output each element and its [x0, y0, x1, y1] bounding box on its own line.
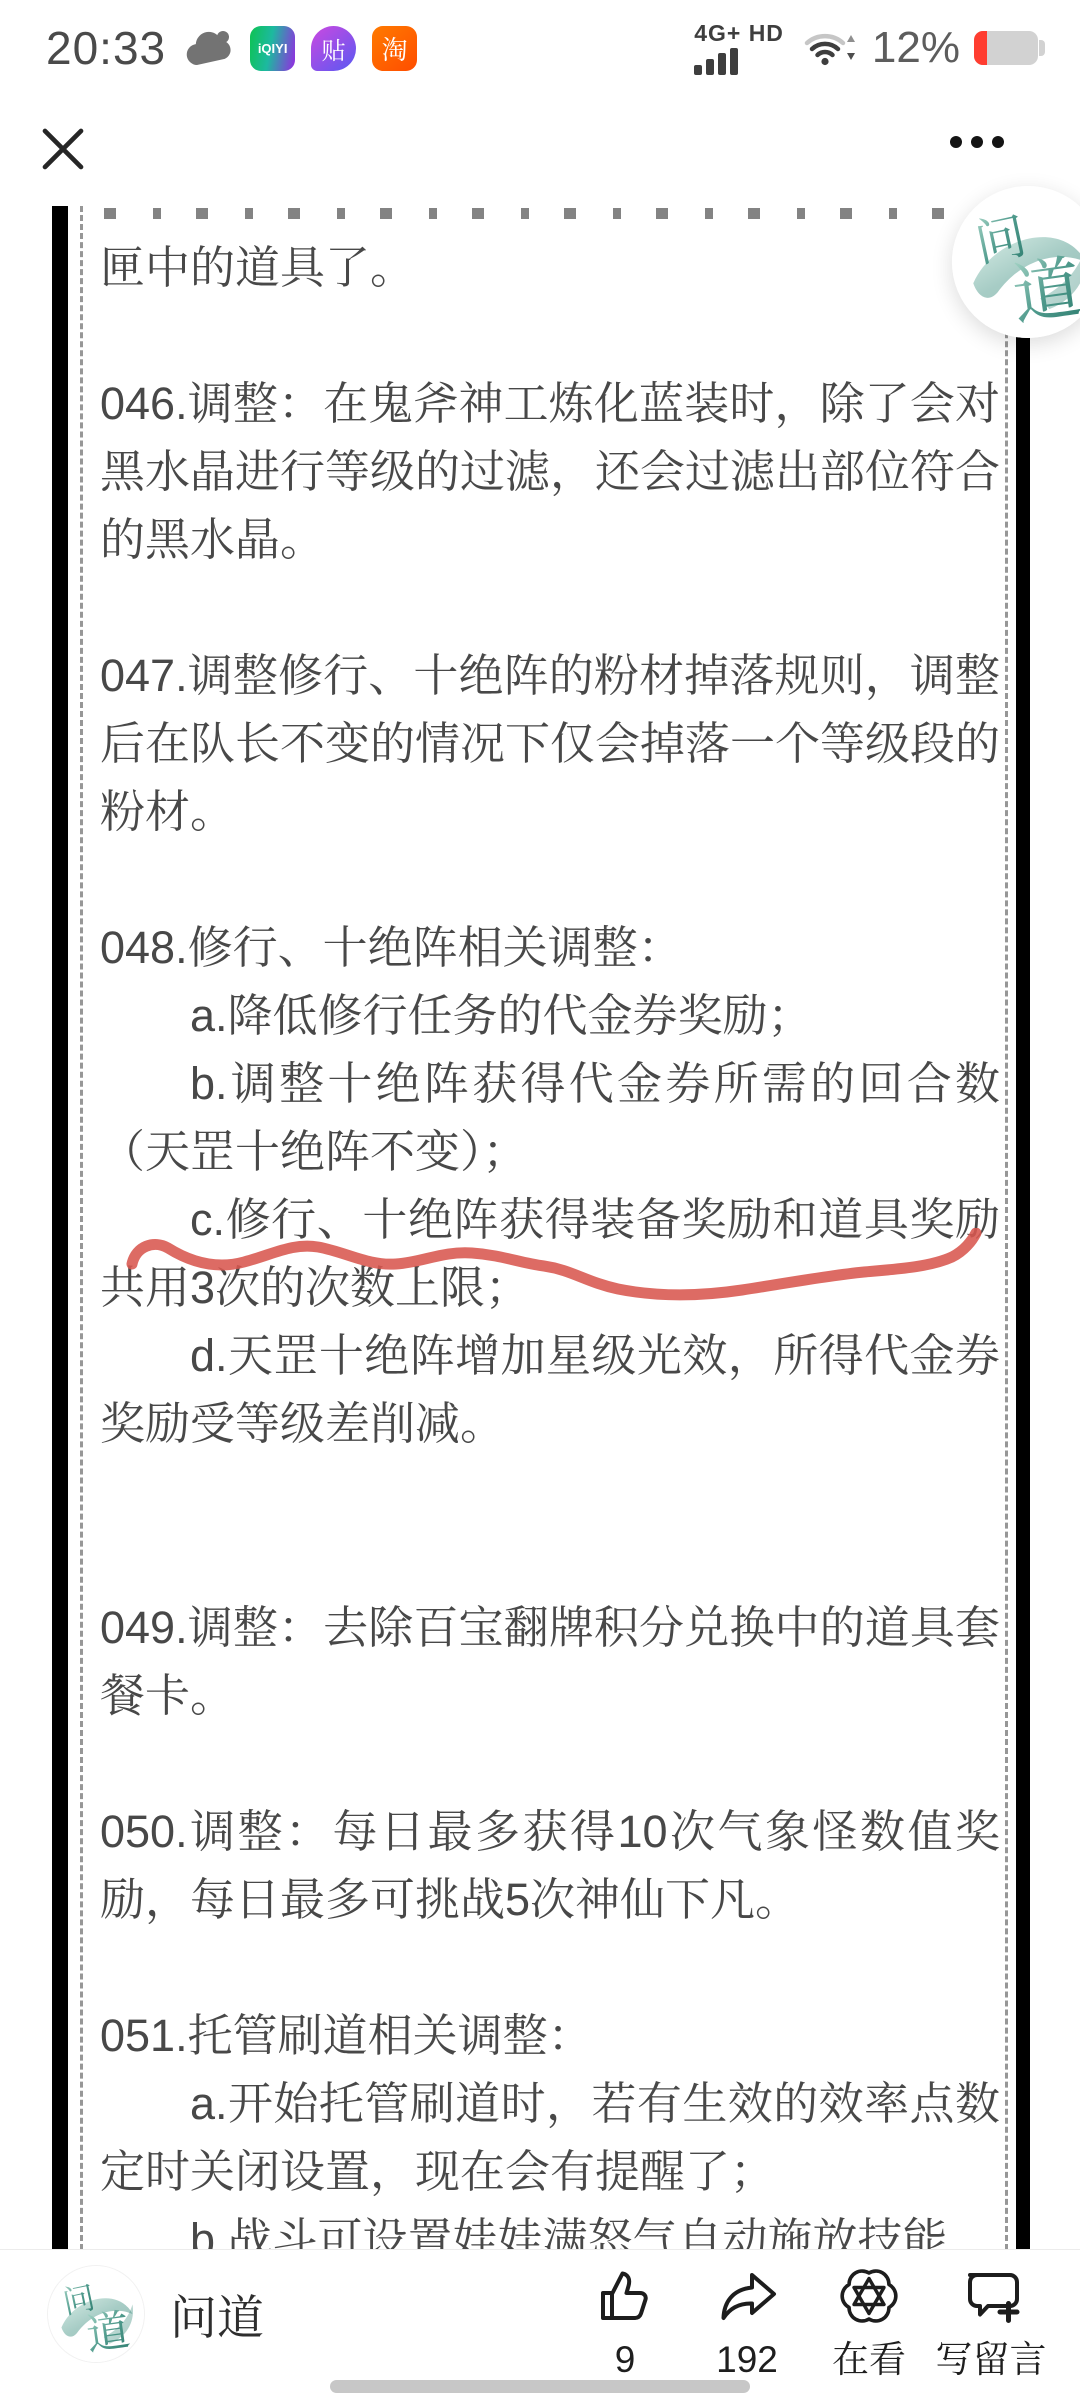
article-line: b.调整十绝阵获得代金券所需的回合数 [100, 1050, 1000, 1118]
article-paragraph: 匣中的道具了。 [100, 234, 1000, 302]
article-line: 餐卡。 [100, 1662, 1000, 1730]
wendao-calligraphy-logo: 问 道 [48, 2266, 144, 2362]
article-paragraph: 051.托管刷道相关调整：a.开始托管刷道时，若有生效的效率点数定时关闭设置，现… [100, 2002, 1000, 2250]
article-line: 051.托管刷道相关调整： [100, 2002, 1000, 2070]
article-line: a.降低修行任务的代金券奖励； [100, 982, 1000, 1050]
actions-group: 9192 在看 写留言 [564, 2250, 1052, 2380]
status-right: 4G+ HD 12% [694, 21, 1046, 75]
network-indicator: 4G+ HD [694, 21, 784, 75]
wow-flower-icon [837, 2264, 901, 2328]
account-entry[interactable]: 问 道 问道 [48, 2266, 264, 2362]
article-paragraph: 049.调整：去除百宝翻牌积分兑换中的道具套餐卡。 [100, 1594, 1000, 1730]
phone-screen: 20:33 iQIYI 贴 淘 4G+ HD [0, 0, 1080, 2400]
thumbs-up-icon [593, 2264, 657, 2328]
article-line: 048.修行、十绝阵相关调整： [100, 914, 1000, 982]
svg-text:道: 道 [1008, 249, 1080, 334]
article-line: 后在队长不变的情况下仅会掉落一个等级段的 [100, 710, 1000, 778]
wendao-calligraphy-logo: 问 道 [952, 186, 1080, 338]
article-line: 奖励受等级差削减。 [100, 1390, 1000, 1458]
article-right-dashed-border [1005, 206, 1008, 2250]
bottom-action-bar: 问 道 问道 9192 在看 写留言 [0, 2249, 1080, 2400]
article-line: 047.调整修行、十绝阵的粉材掉落规则，调整 [100, 642, 1000, 710]
nav-bar [0, 96, 1080, 206]
close-icon[interactable] [36, 122, 90, 176]
article-line: 050.调整：每日最多获得10次气象怪数值奖 [100, 1798, 1000, 1866]
action-share-arrow[interactable]: 192 [686, 2250, 808, 2380]
article-left-dashed-border [80, 206, 83, 2250]
clock: 20:33 [46, 21, 166, 75]
taobao-app-icon: 淘 [372, 26, 417, 71]
more-icon[interactable] [950, 136, 1004, 148]
svg-text:道: 道 [83, 2306, 132, 2360]
article-line: c.修行、十绝阵获得装备奖励和道具奖励 [100, 1186, 1000, 1254]
article-line: 046.调整：在鬼斧神工炼化蓝装时，除了会对 [100, 370, 1000, 438]
action-label: 192 [716, 2340, 778, 2380]
wifi-icon [802, 29, 858, 67]
article-line: a.开始托管刷道时，若有生效的效率点数 [100, 2070, 1000, 2138]
action-comment-plus[interactable]: 写留言 [930, 2250, 1052, 2380]
account-name: 问道 [170, 2281, 264, 2348]
article-paragraph: 047.调整修行、十绝阵的粉材掉落规则，调整后在队长不变的情况下仅会掉落一个等级… [100, 642, 1000, 846]
action-label: 9 [615, 2340, 636, 2380]
article-line: 定时关闭设置，现在会有提醒了； [100, 2138, 1000, 2206]
action-thumbs-up[interactable]: 9 [564, 2250, 686, 2380]
status-left: 20:33 iQIYI 贴 淘 [46, 21, 417, 75]
action-wow-flower[interactable]: 在看 [808, 2250, 930, 2380]
article-line: （天罡十绝阵不变）； [100, 1118, 1000, 1186]
article-body: 匣中的道具了。046.调整：在鬼斧神工炼化蓝装时，除了会对黑水晶进行等级的过滤，… [100, 206, 1000, 2250]
floating-wendao-logo[interactable]: 问 道 [952, 186, 1080, 338]
iqiyi-app-icon: iQIYI [250, 26, 295, 71]
article-right-black-border [1016, 206, 1030, 2250]
home-indicator-bar[interactable] [330, 2380, 750, 2393]
article-line: 粉材。 [100, 778, 1000, 846]
article-line: 匣中的道具了。 [100, 234, 1000, 302]
article-line: 049.调整：去除百宝翻牌积分兑换中的道具套 [100, 1594, 1000, 1662]
weather-cloud-icon [182, 29, 234, 67]
article-line: 励，每日最多可挑战5次神仙下凡。 [100, 1866, 1000, 1934]
article-left-black-border [52, 206, 68, 2250]
clipped-text-remnant [104, 208, 990, 219]
signal-bars-icon [694, 48, 738, 75]
article-line: d.天罡十绝阵增加星级光效，所得代金券 [100, 1322, 1000, 1390]
article-paragraph: 048.修行、十绝阵相关调整：a.降低修行任务的代金券奖励；b.调整十绝阵获得代… [100, 914, 1000, 1458]
action-label: 在看 [832, 2340, 906, 2380]
article-scroll-area[interactable]: 匣中的道具了。046.调整：在鬼斧神工炼化蓝装时，除了会对黑水晶进行等级的过滤，… [0, 206, 1080, 2250]
article-line: 共用3次的次数上限； [100, 1254, 1000, 1322]
article-paragraph: 046.调整：在鬼斧神工炼化蓝装时，除了会对黑水晶进行等级的过滤，还会过滤出部位… [100, 370, 1000, 574]
network-type-label: 4G+ HD [694, 21, 784, 45]
battery-percent: 12% [872, 23, 960, 73]
share-arrow-icon [715, 2264, 779, 2328]
action-label: 写留言 [936, 2340, 1047, 2380]
article-line: 黑水晶进行等级的过滤，还会过滤出部位符合 [100, 438, 1000, 506]
article-line: b.战斗可设置娃娃满怒气自动施放技能 [100, 2206, 1000, 2250]
wendao-avatar: 问 道 [48, 2266, 144, 2362]
tieba-app-icon: 贴 [311, 26, 356, 71]
article-line: 的黑水晶。 [100, 506, 1000, 574]
comment-plus-icon [959, 2264, 1023, 2328]
battery-icon [974, 31, 1038, 65]
article-paragraph: 050.调整：每日最多获得10次气象怪数值奖励，每日最多可挑战5次神仙下凡。 [100, 1798, 1000, 1934]
status-bar: 20:33 iQIYI 贴 淘 4G+ HD [0, 0, 1080, 96]
